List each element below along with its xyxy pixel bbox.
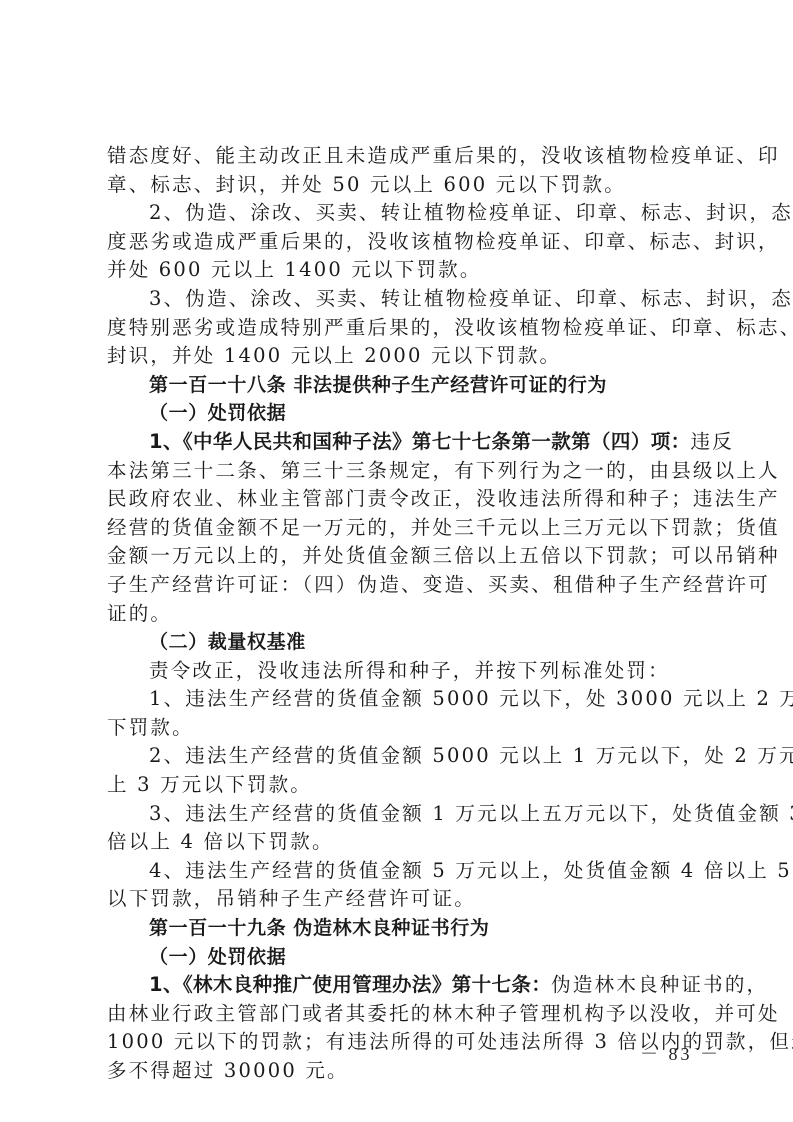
text-line: 责令改正，没收违法所得和种子，并按下列标准处罚：: [107, 657, 693, 686]
body-text: 金额一万元以上的，并处货值金额三倍以上五倍以下罚款；可以吊销种: [107, 544, 780, 567]
bold-text: 第一百一十八条 非法提供种子生产经营许可证的行为: [149, 374, 607, 396]
body-text: 1、违法生产经营的货值金额 5000 元以下，处 3000 元以上 2 万元以: [149, 687, 793, 710]
text-line: 子生产经营许可证：（四）伪造、变造、买卖、租借种子生产经营许可: [107, 571, 693, 600]
body-text: 子生产经营许可证：（四）伪造、变造、买卖、租借种子生产经营许可: [107, 573, 770, 596]
body-text: 民政府农业、林业主管部门责令改正，没收违法所得和种子；违法生产: [107, 487, 780, 510]
body-text: 2、违法生产经营的货值金额 5000 元以上 1 万元以下，处 2 万元以: [149, 744, 793, 767]
body-text: 伪造林木良种证书的，: [551, 973, 768, 996]
body-text: 经营的货值金额不足一万元的，并处三千元以上三万元以下罚款；货值: [107, 516, 780, 539]
body-text: 倍以上 4 倍以下罚款。: [107, 830, 334, 853]
body-text: 3、伪造、涂改、买卖、转让植物检疫单证、印章、标志、封识，态: [149, 287, 793, 310]
text-line: 1、《中华人民共和国种子法》第七十七条第一款第（四）项：违反: [107, 428, 693, 457]
text-line: 证的。: [107, 600, 693, 629]
text-line: 1000 元以下的罚款；有违法所得的可处违法所得 3 倍以内的罚款，但最: [107, 1028, 693, 1057]
text-line: （一）处罚依据: [107, 399, 693, 428]
text-line: （一）处罚依据: [107, 943, 693, 972]
text-line: 并处 600 元以上 1400 元以下罚款。: [107, 256, 693, 285]
bold-text: 第一百一十九条 伪造林木良种证书行为: [149, 917, 489, 939]
body-text: 封识，并处 1400 元以上 2000 元以下罚款。: [107, 344, 561, 367]
text-line: 3、违法生产经营的货值金额 1 万元以上五万元以下，处货值金额 3: [107, 800, 693, 829]
body-text: 责令改正，没收违法所得和种子，并按下列标准处罚：: [149, 659, 670, 682]
text-line: 倍以上 4 倍以下罚款。: [107, 828, 693, 857]
body-text: 章、标志、封识，并处 50 元以上 600 元以下罚款。: [107, 173, 626, 196]
bold-text: （一）处罚依据: [149, 946, 286, 968]
text-line: （二）裁量权基准: [107, 628, 693, 657]
text-line: 多不得超过 30000 元。: [107, 1057, 693, 1086]
text-line: 章、标志、封识，并处 50 元以上 600 元以下罚款。: [107, 171, 693, 200]
text-line: 金额一万元以上的，并处货值金额三倍以上五倍以下罚款；可以吊销种: [107, 542, 693, 571]
text-line: 民政府农业、林业主管部门责令改正，没收违法所得和种子；违法生产: [107, 485, 693, 514]
body-text: 证的。: [107, 602, 172, 625]
bold-text: （二）裁量权基准: [149, 631, 306, 653]
text-line: 第一百一十九条 伪造林木良种证书行为: [107, 914, 693, 943]
body-text: 3、违法生产经营的货值金额 1 万元以上五万元以下，处货值金额 3: [149, 802, 793, 825]
body-text: 由林业行政主管部门或者其委托的林木种子管理机构予以没收，并可处: [107, 1002, 780, 1025]
text-line: 1、违法生产经营的货值金额 5000 元以下，处 3000 元以上 2 万元以: [107, 685, 693, 714]
body-text: 上 3 万元以下罚款。: [107, 773, 312, 796]
body-text: 以下罚款，吊销种子生产经营许可证。: [107, 887, 476, 910]
text-line: 1、《林木良种推广使用管理办法》第十七条：伪造林木良种证书的，: [107, 971, 693, 1000]
text-line: 3、伪造、涂改、买卖、转让植物检疫单证、印章、标志、封识，态: [107, 285, 693, 314]
text-line: 上 3 万元以下罚款。: [107, 771, 693, 800]
text-line: 4、违法生产经营的货值金额 5 万元以上，处货值金额 4 倍以上 5 倍: [107, 857, 693, 886]
page-number: － 83 －: [640, 1040, 721, 1066]
body-text: 下罚款。: [107, 716, 194, 739]
bold-text: 1、《中华人民共和国种子法》第七十七条第一款第（四）项：: [149, 430, 691, 453]
body-text: 4、违法生产经营的货值金额 5 万元以上，处货值金额 4 倍以上 5 倍: [149, 859, 793, 882]
text-line: 经营的货值金额不足一万元的，并处三千元以上三万元以下罚款；货值: [107, 514, 693, 543]
text-line: 由林业行政主管部门或者其委托的林木种子管理机构予以没收，并可处: [107, 1000, 693, 1029]
text-line: 2、违法生产经营的货值金额 5000 元以上 1 万元以下，处 2 万元以: [107, 742, 693, 771]
text-line: 封识，并处 1400 元以上 2000 元以下罚款。: [107, 342, 693, 371]
text-line: 错态度好、能主动改正且未造成严重后果的，没收该植物检疫单证、印: [107, 142, 693, 171]
text-line: 2、伪造、涂改、买卖、转让植物检疫单证、印章、标志、封识，态: [107, 199, 693, 228]
text-line: 下罚款。: [107, 714, 693, 743]
text-line: 度特别恶劣或造成特别严重后果的，没收该植物检疫单证、印章、标志、: [107, 314, 693, 343]
bold-text: 1、《林木良种推广使用管理办法》第十七条：: [149, 973, 551, 996]
body-text: 度恶劣或造成严重后果的，没收该植物检疫单证、印章、标志、封识，: [107, 230, 780, 253]
text-line: 度恶劣或造成严重后果的，没收该植物检疫单证、印章、标志、封识，: [107, 228, 693, 257]
body-text: 本法第三十二条、第三十三条规定，有下列行为之一的，由县级以上人: [107, 459, 780, 482]
body-text: 错态度好、能主动改正且未造成严重后果的，没收该植物检疫单证、印: [107, 144, 780, 167]
body-text: 违反: [691, 430, 734, 453]
body-text: 并处 600 元以上 1400 元以下罚款。: [107, 258, 482, 281]
body-text: 多不得超过 30000 元。: [107, 1059, 349, 1082]
bold-text: （一）处罚依据: [149, 402, 286, 424]
text-line: 以下罚款，吊销种子生产经营许可证。: [107, 885, 693, 914]
document-body: 错态度好、能主动改正且未造成严重后果的，没收该植物检疫单证、印章、标志、封识，并…: [107, 142, 693, 1086]
text-line: 第一百一十八条 非法提供种子生产经营许可证的行为: [107, 371, 693, 400]
body-text: 度特别恶劣或造成特别严重后果的，没收该植物检疫单证、印章、标志、: [107, 316, 793, 339]
text-line: 本法第三十二条、第三十三条规定，有下列行为之一的，由县级以上人: [107, 457, 693, 486]
body-text: 2、伪造、涂改、买卖、转让植物检疫单证、印章、标志、封识，态: [149, 201, 793, 224]
